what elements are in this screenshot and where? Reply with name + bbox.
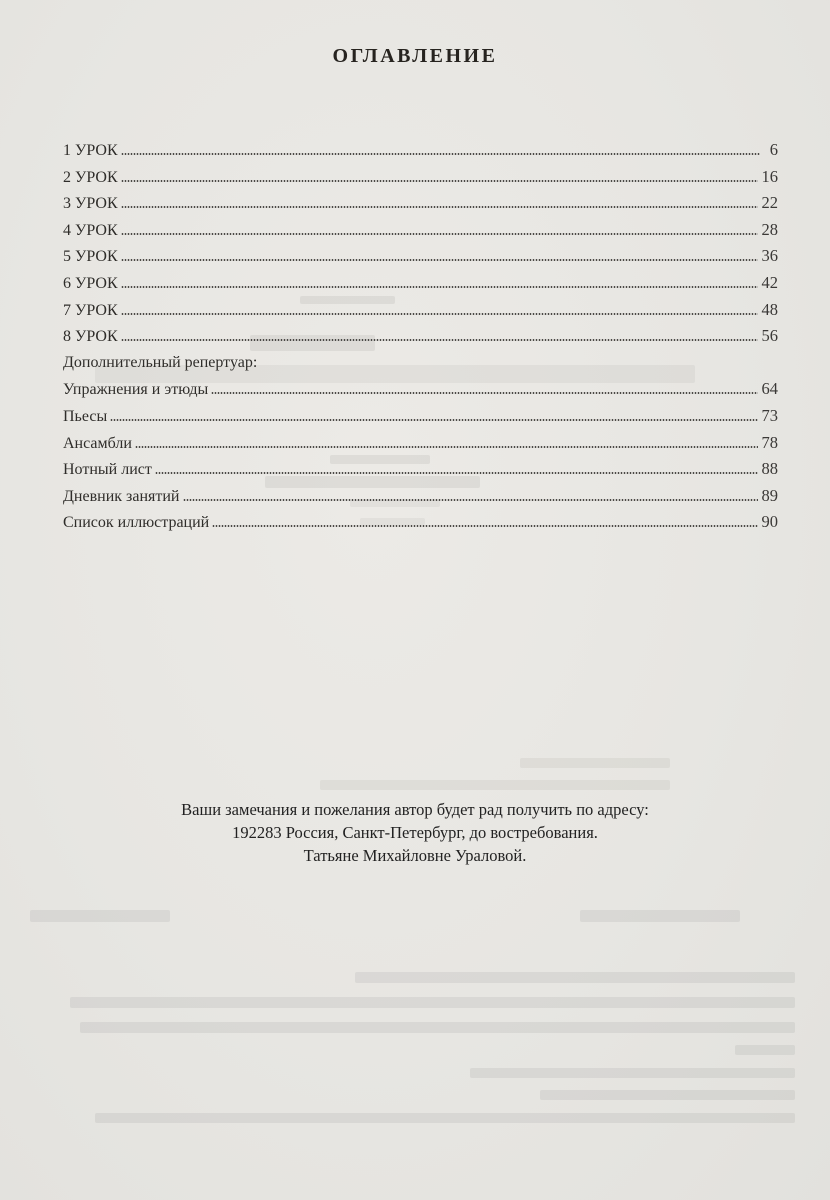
toc-entry-label: Упражнения и этюды [63,377,211,404]
toc-page-number: 64 [762,376,779,403]
table-of-contents: 1 УРОК62 УРОК163 УРОК224 УРОК285 УРОК366… [63,137,778,536]
toc-entry-label: 2 УРОК [63,165,121,192]
note-line: Татьяне Михайловне Ураловой. [0,844,830,867]
toc-entry-label: 8 УРОК [63,324,121,351]
toc-entry-label: 1 УРОК [63,138,121,165]
toc-section-heading: Дополнительный репертуар: [63,350,778,377]
toc-entry: Пьесы73 [63,403,778,430]
toc-entry: 8 УРОК56 [63,323,778,350]
toc-entry: 5 УРОК36 [63,243,778,270]
toc-entry: Дневник занятий89 [63,483,778,510]
dot-leader [121,206,758,208]
dot-leader [211,392,757,394]
toc-page-number: 73 [762,403,779,430]
dot-leader [183,499,758,501]
toc-entry-label: 7 УРОК [63,298,121,325]
dot-leader [135,446,758,448]
note-line: Ваши замечания и пожелания автор будет р… [0,798,830,821]
toc-entry: 3 УРОК22 [63,190,778,217]
toc-page-number: 78 [762,430,779,457]
dot-leader [155,472,758,474]
toc-entry: Ансамбли78 [63,430,778,457]
toc-page-number: 28 [762,217,779,244]
dot-leader [121,153,760,155]
toc-entry: Нотный лист88 [63,456,778,483]
toc-entry-label: 5 УРОК [63,244,121,271]
toc-page-number: 36 [762,243,779,270]
dot-leader [212,525,757,527]
toc-page-number: 88 [762,456,779,483]
toc-page-number: 16 [762,164,779,191]
toc-page-number: 6 [764,137,778,164]
toc-entry: 2 УРОК16 [63,164,778,191]
dot-leader [121,313,758,315]
dot-leader [121,339,758,341]
toc-page-number: 56 [762,323,779,350]
dot-leader [121,259,758,261]
toc-page-number: 48 [762,297,779,324]
book-page: ОГЛАВЛЕНИЕ 1 УРОК62 УРОК163 УРОК224 УРОК… [0,0,830,1200]
toc-entry-label: Ансамбли [63,431,135,458]
toc-entry: Упражнения и этюды64 [63,376,778,403]
toc-page-number: 42 [762,270,779,297]
dot-leader [121,180,758,182]
page-title: ОГЛАВЛЕНИЕ [0,45,830,68]
toc-page-number: 22 [762,190,779,217]
note-line: 192283 Россия, Санкт-Петербург, до востр… [0,821,830,844]
toc-entry-label: 4 УРОК [63,218,121,245]
dot-leader [121,286,758,288]
toc-entry-label: 3 УРОК [63,191,121,218]
toc-entry: 6 УРОК42 [63,270,778,297]
dot-leader [121,233,758,235]
toc-entry: 1 УРОК6 [63,137,778,164]
toc-entry: 4 УРОК28 [63,217,778,244]
toc-page-number: 90 [762,509,779,536]
toc-entry-label: Дневник занятий [63,484,183,511]
toc-page-number: 89 [762,483,779,510]
toc-entry-label: Нотный лист [63,457,155,484]
toc-entry-label: Список иллюстраций [63,510,212,537]
toc-entry: 7 УРОК48 [63,297,778,324]
toc-entry-label: Дополнительный репертуар: [63,350,257,377]
dot-leader [110,419,757,421]
author-contact-note: Ваши замечания и пожелания автор будет р… [0,798,830,867]
toc-entry-label: Пьесы [63,404,110,431]
toc-entry: Список иллюстраций90 [63,509,778,536]
toc-entry-label: 6 УРОК [63,271,121,298]
